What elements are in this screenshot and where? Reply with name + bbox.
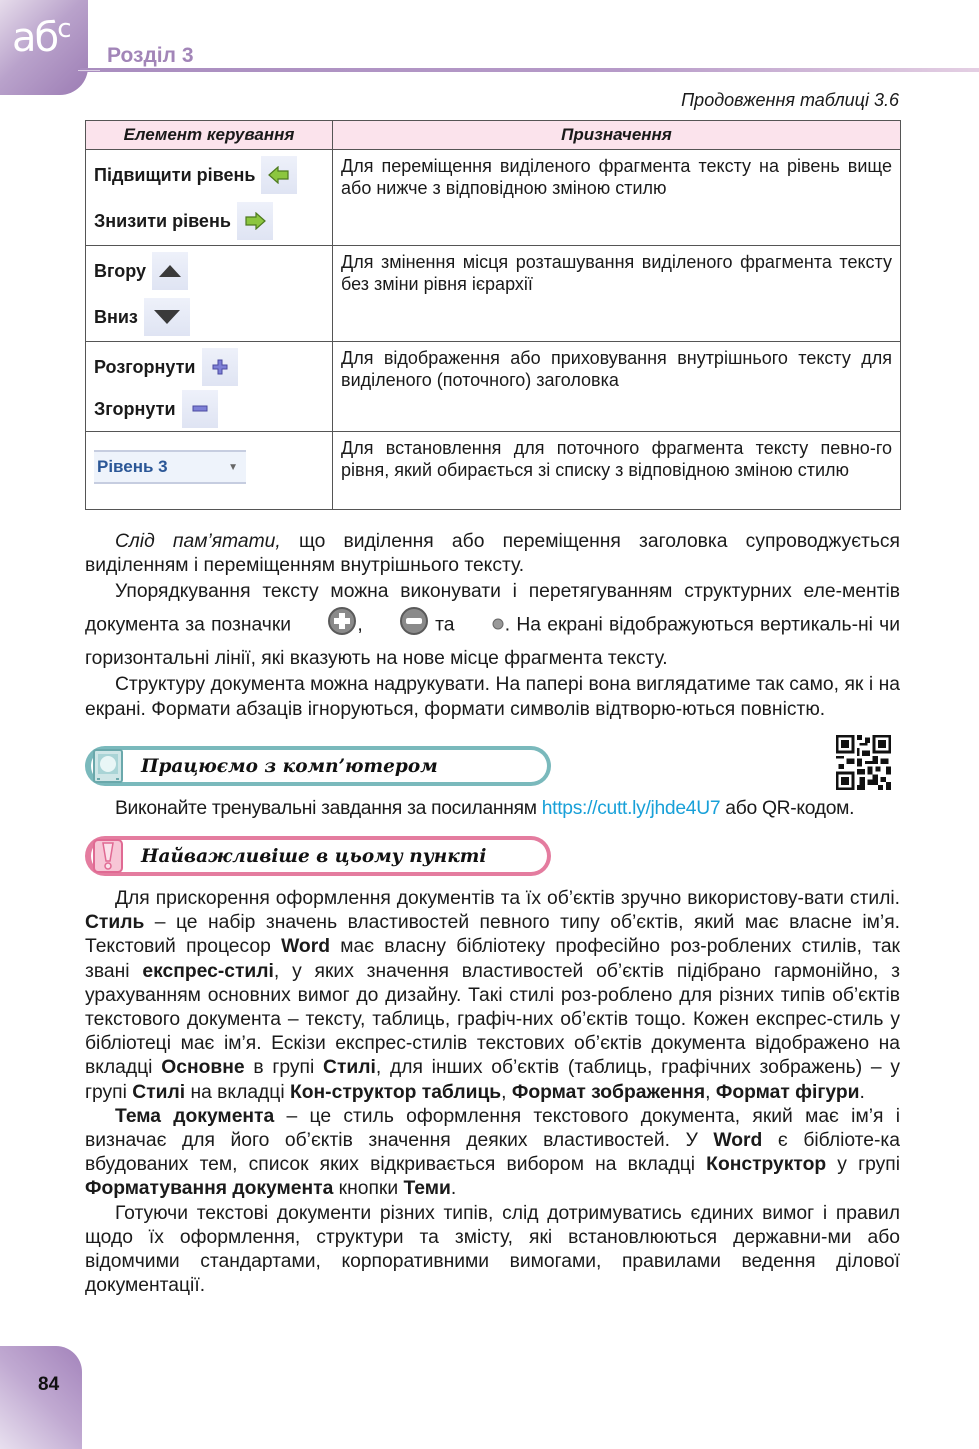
exclamation-icon: [93, 839, 123, 873]
control-collapse: Згорнути: [94, 390, 332, 428]
qr-code-icon[interactable]: [835, 735, 892, 790]
body-paragraphs: Слід пам’ятати, що виділення або переміщ…: [85, 530, 900, 722]
column-header-control: Елемент керування: [86, 121, 333, 150]
purpose-cell: Для переміщення виділеного фрагмента тек…: [333, 150, 901, 246]
exercise-link[interactable]: https://cutt.ly/jhde4U7: [542, 798, 721, 819]
demote-arrow-right-icon[interactable]: [237, 202, 273, 240]
paragraph: Готуючи текстові документи різних типів,…: [85, 1202, 900, 1299]
control-move-down: Вниз: [94, 294, 332, 340]
table-caption: Продовження таблиці 3.6: [681, 90, 899, 111]
paragraph: Упорядкування тексту можна виконувати і …: [85, 578, 900, 673]
plus-circle-icon: [297, 606, 357, 645]
computer-work-banner: Працюємо з комп’ютером: [85, 746, 551, 786]
paragraph: Тема документа – це стиль оформлення тек…: [85, 1105, 900, 1202]
computer-monitor-icon: [93, 749, 123, 783]
purpose-cell: Для відображення або приховування внутрі…: [333, 342, 901, 432]
promote-arrow-left-icon[interactable]: [261, 156, 297, 194]
expand-plus-icon[interactable]: [202, 348, 238, 386]
important-banner: Найважливіше в цьому пункті: [85, 836, 551, 876]
corner-decoration: абс: [0, 0, 88, 95]
paragraph: Структуру документа можна надрукувати. Н…: [85, 673, 900, 721]
summary-paragraphs: Для прискорення оформлення документів та…: [85, 887, 900, 1298]
minus-circle-icon: [369, 606, 429, 645]
paragraph: Слід пам’ятати, що виділення або переміщ…: [85, 530, 900, 578]
table-row: Вгору Вниз Для змінення місця розташуван…: [86, 246, 901, 342]
move-up-triangle-icon[interactable]: [152, 252, 188, 290]
column-header-purpose: Призначення: [333, 121, 901, 150]
dot-icon: [461, 612, 505, 640]
control-move-up: Вгору: [94, 248, 332, 294]
abc-logo: абс: [12, 16, 71, 58]
table-row: Рівень 3 ▼ Для встановлення для поточног…: [86, 432, 901, 510]
table-row: Підвищити рівень Знизити рівень Для пере…: [86, 150, 901, 246]
level-dropdown[interactable]: Рівень 3 ▼: [94, 450, 246, 484]
purpose-cell: Для змінення місця розташування виділено…: [333, 246, 901, 342]
section-title: Розділ 3: [107, 44, 194, 68]
paragraph: Для прискорення оформлення документів та…: [85, 887, 900, 1105]
header-rule: [80, 68, 979, 72]
header-rule-tick: [78, 70, 100, 71]
page-number-decoration: [0, 1346, 82, 1449]
move-down-triangle-icon[interactable]: [144, 298, 190, 336]
page-number: 84: [38, 1374, 59, 1396]
control-expand: Розгорнути: [94, 344, 332, 390]
table-row: Розгорнути Згорнути Для відображення або…: [86, 342, 901, 432]
purpose-cell: Для встановлення для поточного фрагмента…: [333, 432, 901, 510]
collapse-minus-icon[interactable]: [182, 390, 218, 428]
chevron-down-icon: ▼: [228, 462, 238, 473]
control-demote: Знизити рівень: [94, 198, 332, 244]
control-promote: Підвищити рівень: [94, 152, 332, 198]
controls-table: Елемент керування Призначення Підвищити …: [85, 120, 901, 510]
exercise-line: Виконайте тренувальні завдання за посила…: [85, 797, 900, 821]
